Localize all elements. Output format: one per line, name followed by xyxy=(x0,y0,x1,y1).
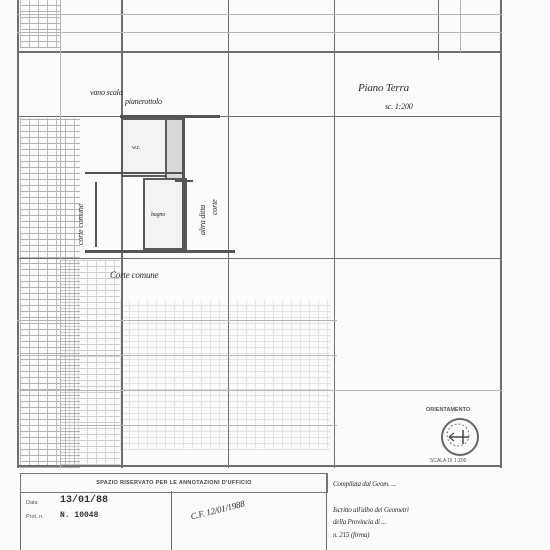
grid-line xyxy=(17,0,19,468)
plan-note-stair: vano scala xyxy=(90,88,122,97)
plan-wall xyxy=(175,180,193,182)
surveyor-line-1: Compilata dal Geom. ... xyxy=(333,480,396,488)
room-wc xyxy=(121,118,170,177)
grid-line xyxy=(17,320,337,321)
grid-line xyxy=(17,425,337,426)
title-block-border xyxy=(326,473,327,550)
protocol-label: Prot. n. xyxy=(26,514,44,520)
grid-line xyxy=(17,355,337,356)
grid-line xyxy=(17,116,502,117)
surveyor-line-4: n. 215 (firma) xyxy=(333,531,369,539)
grid-line xyxy=(121,0,123,468)
north-arrow-compass-icon xyxy=(441,418,479,456)
surveyor-line-3: della Provincia di ... xyxy=(333,518,386,526)
room-label-wc: w.c. xyxy=(132,145,140,151)
plan-scale: sc. 1:200 xyxy=(385,102,413,111)
plan-wall xyxy=(182,118,185,253)
orientation-footer: SCALA DI 1:200 xyxy=(430,458,466,464)
plan-note-landing: pianerottolo xyxy=(125,97,162,106)
room-label-bagno: bagno xyxy=(151,212,165,218)
plan-note-left-vertical: corte comune xyxy=(76,204,85,245)
grid-line xyxy=(334,0,335,468)
date-value: 13/01/88 xyxy=(60,495,108,506)
grid-line xyxy=(17,51,502,53)
plan-title: Piano Terra xyxy=(358,82,409,94)
surveyor-line-2: Iscritto all'albo dei Geometri xyxy=(333,506,409,514)
plan-wall xyxy=(95,182,97,247)
title-block-border xyxy=(20,491,21,550)
grid-line xyxy=(17,258,502,259)
cadastral-floor-plan-sheet: vano scala pianerottolo w.c. bagno corte… xyxy=(0,0,550,550)
plan-wall xyxy=(120,115,220,118)
protocol-value: N. 10048 xyxy=(60,511,98,520)
date-label: Data xyxy=(26,500,38,506)
grid-line xyxy=(17,14,502,15)
grid-line xyxy=(460,0,461,52)
plan-wall xyxy=(85,172,185,174)
orientation-heading: ORIENTAMENTO xyxy=(426,407,470,413)
plan-note-right-vertical-2: corte xyxy=(210,200,219,215)
hatched-grid-area xyxy=(20,0,60,48)
hatched-grid-area xyxy=(60,260,120,465)
grid-line xyxy=(17,465,502,467)
grid-line xyxy=(228,0,229,468)
handwritten-stamp-note: C.F. 12/01/1988 xyxy=(190,498,246,521)
grid-line xyxy=(500,0,502,468)
grid-line xyxy=(17,32,502,33)
grid-line xyxy=(17,390,502,391)
plan-note-right-vertical-1: altra ditta xyxy=(198,205,207,235)
grid-line xyxy=(60,0,61,468)
plan-note-bottom-court: Corte comune xyxy=(110,270,158,280)
plan-wall xyxy=(85,250,235,253)
hatched-grid-area xyxy=(120,300,330,450)
title-block-header: SPAZIO RISERVATO PER LE ANNOTAZIONI D'UF… xyxy=(20,473,328,493)
title-block-border xyxy=(171,491,172,550)
